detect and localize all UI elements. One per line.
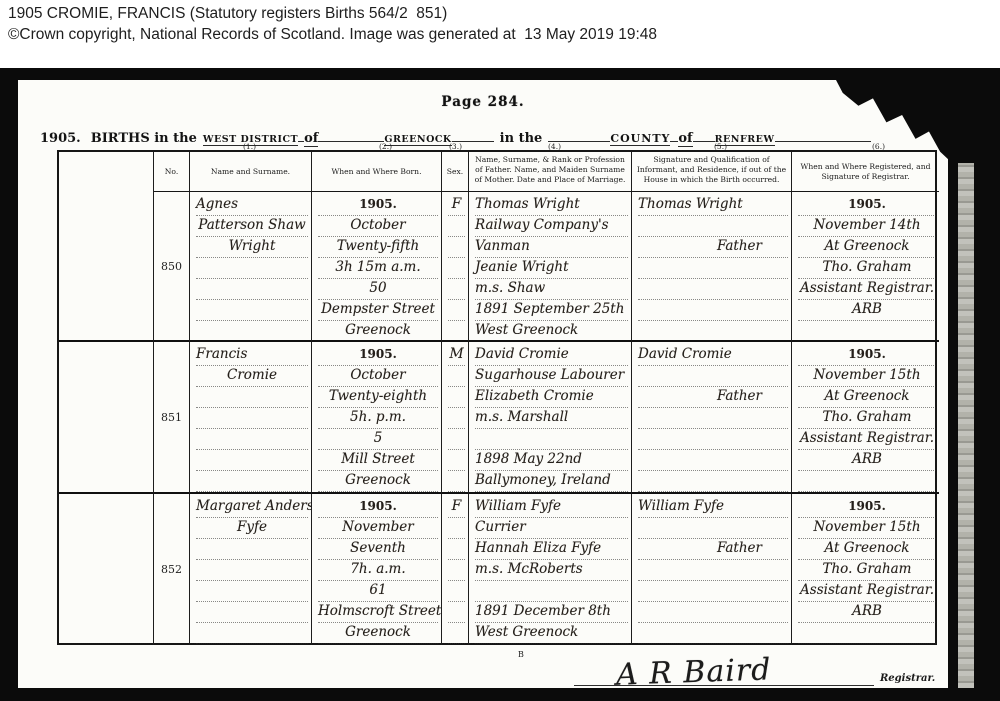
plate-mark: B <box>518 650 524 659</box>
header-sex: Sex. <box>442 152 469 192</box>
registrar-signature: A R Baird <box>615 652 772 692</box>
record-850-born: 1905.OctoberTwenty-fifth3h 15m a.m.50Dem… <box>312 192 442 342</box>
record-851-parents: David CromieSugarhouse LabourerElizabeth… <box>469 342 632 494</box>
scanned-register-image: Page 284. 1905. BIRTHS in the WEST DISTR… <box>0 68 1000 701</box>
births-register-table: No. Name and Surname. When and Where Bor… <box>57 150 937 645</box>
record-850-name: AgnesPatterson ShawWright <box>190 192 312 342</box>
record-852-informant: William FyfeFather <box>632 494 792 645</box>
record-852-number: 852 <box>154 494 190 645</box>
image-caption: 1905 CROMIE, FRANCIS (Statutory register… <box>8 3 657 45</box>
record-851-number: 851 <box>154 342 190 494</box>
header-born: When and Where Born. <box>312 152 442 192</box>
header-name: Name and Surname. <box>190 152 312 192</box>
record-850-number: 850 <box>154 192 190 342</box>
caption-line-1: 1905 CROMIE, FRANCIS (Statutory register… <box>8 3 657 24</box>
record-850-sex: F <box>442 192 469 342</box>
record-850-margin-cell <box>59 192 154 342</box>
register-page-sheet: Page 284. 1905. BIRTHS in the WEST DISTR… <box>18 80 948 688</box>
record-851-informant: David CromieFather <box>632 342 792 494</box>
record-852-margin-cell <box>59 494 154 645</box>
record-852-registered: 1905.November 15thAt GreenockTho. Graham… <box>792 494 939 645</box>
page-number: Page 284. <box>18 94 948 110</box>
header-registered: When and Where Registered, and Signature… <box>792 152 939 192</box>
registrar-label: Registrar. <box>880 673 935 684</box>
header-parents: Name, Surname, & Rank or Profession of F… <box>469 152 632 192</box>
record-851-registered: 1905.November 15thAt GreenockTho. Graham… <box>792 342 939 494</box>
record-852-parents: William FyfeCurrierHannah Eliza Fyfem.s.… <box>469 494 632 645</box>
record-851-born: 1905.OctoberTwenty-eighth5h. p.m.5Mill S… <box>312 342 442 494</box>
caption-line-2: ©Crown copyright, National Records of Sc… <box>8 24 657 45</box>
header-margin-cell <box>59 152 154 192</box>
screenshot-root: 1905 CROMIE, FRANCIS (Statutory register… <box>0 0 1000 701</box>
header-no: No. <box>154 152 190 192</box>
record-852-sex: F <box>442 494 469 645</box>
record-852-born: 1905.NovemberSeventh7h. a.m.61Holmscroft… <box>312 494 442 645</box>
header-informant: Signature and Qualification of Informant… <box>632 152 792 192</box>
record-850-informant: Thomas WrightFather <box>632 192 792 342</box>
registrar-signature-block: A R Baird Registrar. <box>574 646 924 692</box>
record-851-margin-cell <box>59 342 154 494</box>
record-850-parents: Thomas WrightRailway Company'sVanmanJean… <box>469 192 632 342</box>
record-851-name: FrancisCromie <box>190 342 312 494</box>
record-851-sex: M <box>442 342 469 494</box>
scan-page-edge-strip <box>958 163 974 688</box>
record-850-registered: 1905.November 14thAt GreenockTho. Graham… <box>792 192 939 342</box>
record-852-name: Margaret AndersonFyfe <box>190 494 312 645</box>
